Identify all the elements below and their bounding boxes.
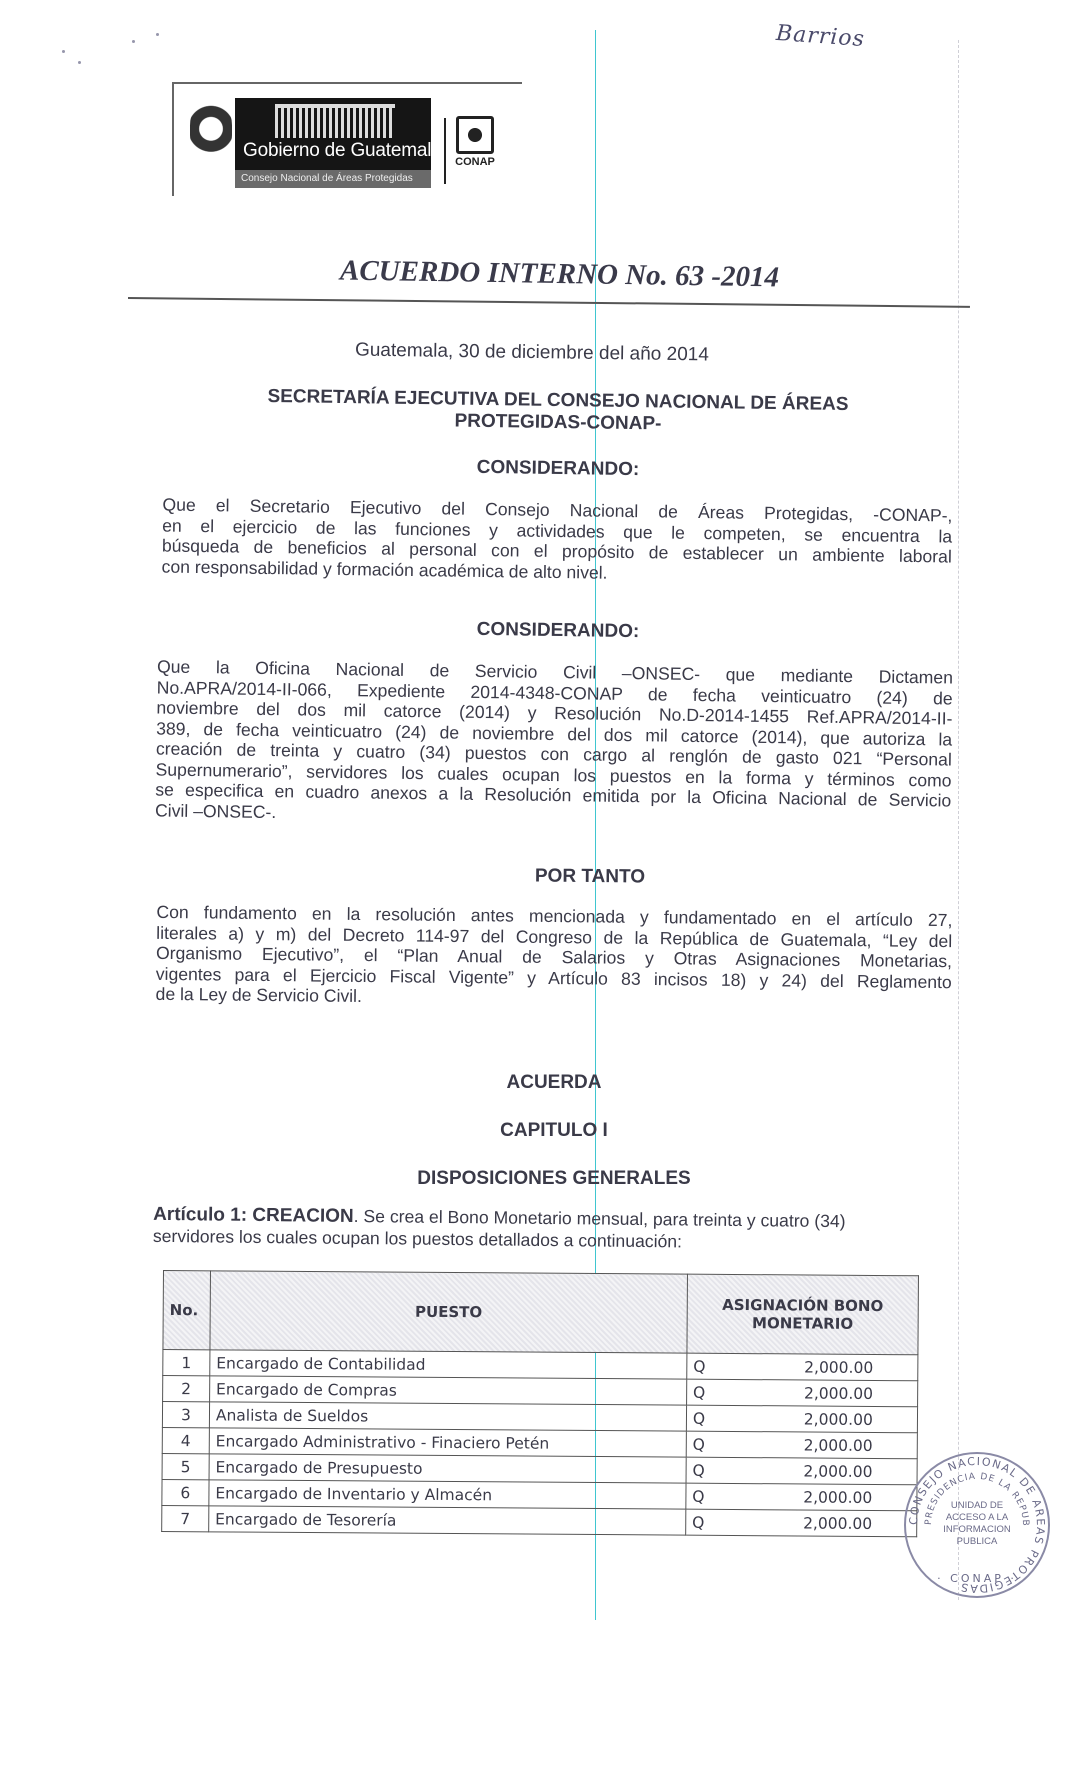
logo-divider [444,118,446,184]
cell-puesto: Encargado de Inventario y Almacén [209,1480,686,1509]
stamp-line: ACCESO A LA [906,1512,1048,1524]
header-asignacion: ASIGNACIÓN BONO MONETARIO [687,1274,919,1355]
cell-puesto: Analista de Sueldos [209,1402,686,1431]
articulo-1: Artículo 1: CREACION. Se crea el Bono Mo… [153,1204,943,1254]
official-stamp: CONSEJO NACIONAL DE AREAS PROTEGIDAS PRE… [904,1452,1050,1598]
scan-margin-line [958,40,959,1600]
header-puesto: PUESTO [210,1271,688,1353]
stamp-line: PUBLICA [906,1536,1048,1548]
cell-asignacion: Q2,000.00 [686,1431,917,1459]
cell-puesto: Encargado Administrativo - Finaciero Pet… [209,1428,686,1457]
considerando-heading-2: CONSIDERANDO: [228,615,888,646]
articulo-1-text: . Se crea el Bono Monetario mensual, par… [354,1206,846,1231]
cell-asignacion: Q2,000.00 [686,1509,917,1537]
articulo-1-label: Artículo 1: CREACION [153,1204,354,1227]
handwritten-note: Barrios [775,21,865,52]
amount: 2,000.00 [783,1384,873,1403]
amount: 2,000.00 [783,1410,873,1429]
cell-asignacion: Q2,000.00 [686,1379,917,1407]
cell-asignacion: Q2,000.00 [686,1457,917,1485]
cell-puesto: Encargado de Tesorería [209,1506,686,1535]
stamp-line: UNIDAD DE [906,1500,1048,1512]
table-header-row: No. PUESTO ASIGNACIÓN BONO MONETARIO [163,1271,919,1355]
cell-no: 7 [162,1505,209,1531]
conap-logo: CONAP [452,116,498,176]
scan-speck [62,50,65,53]
currency-symbol: Q [693,1435,783,1454]
currency-symbol: Q [693,1409,783,1428]
cell-no: 3 [162,1402,209,1428]
government-logo: Gobierno de Guatemala [235,98,431,170]
currency-symbol: Q [692,1461,782,1480]
header-no: No. [163,1271,210,1350]
scan-speck [132,40,135,43]
currency-symbol: Q [692,1513,782,1532]
table-body: 1Encargado de ContabilidadQ2,000.002Enca… [162,1350,918,1537]
title-rule [128,297,970,308]
cell-asignacion: Q2,000.00 [686,1405,917,1433]
currency-symbol: Q [693,1383,783,1402]
palace-icon [275,104,395,138]
amount: 2,000.00 [783,1358,873,1377]
amount: 2,000.00 [782,1462,872,1481]
cell-no: 4 [162,1427,209,1453]
coat-of-arms-icon [190,100,232,164]
considerando-heading-1: CONSIDERANDO: [228,453,888,484]
svg-text:· CONAP ·: · CONAP · [937,1572,1017,1585]
acuerda-heading: ACUERDA [224,1072,884,1094]
document-title: ACUERDO INTERNO No. 63 -2014 [340,255,780,295]
considerando-paragraph-1: Que el Secretario Ejecutivo del Consejo … [161,494,952,587]
date-line: Guatemala, 30 de diciembre del año 2014 [355,340,709,367]
por-tanto-heading: POR TANTO [260,863,920,891]
amount: 2,000.00 [782,1514,872,1533]
considerando-paragraph-2: Que la Oficina Nacional de Servicio Civi… [155,656,953,831]
conap-logo-label: CONAP [452,156,498,168]
cell-no: 5 [162,1453,209,1479]
scan-speck [156,33,159,36]
cell-asignacion: Q2,000.00 [686,1483,917,1511]
cell-no: 1 [163,1350,210,1376]
cell-puesto: Encargado de Compras [209,1376,686,1405]
cell-asignacion: Q2,000.00 [687,1353,918,1381]
logo-subtitle: Consejo Nacional de Áreas Protegidas [235,170,431,188]
jaguar-icon [456,116,494,154]
cell-no: 6 [162,1479,209,1505]
amount: 2,000.00 [782,1488,872,1507]
capitulo-heading: CAPITULO I [224,1120,884,1142]
cell-puesto: Encargado de Presupuesto [209,1454,686,1483]
table-row: 7Encargado de TesoreríaQ2,000.00 [162,1505,917,1536]
currency-symbol: Q [693,1357,783,1376]
currency-symbol: Q [692,1487,782,1506]
stamp-center-text: UNIDAD DE ACCESO A LA INFORMACION PUBLIC… [906,1500,1048,1548]
cell-no: 2 [163,1376,210,1402]
bono-table: No. PUESTO ASIGNACIÓN BONO MONETARIO 1En… [161,1270,919,1537]
por-tanto-paragraph: Con fundamento en la resolución antes me… [155,902,952,1013]
government-logo-text: Gobierno de Guatemala [243,140,442,162]
scan-speck [78,61,81,64]
amount: 2,000.00 [783,1436,873,1455]
cell-puesto: Encargado de Contabilidad [210,1350,687,1379]
stamp-line: INFORMACION [906,1524,1048,1536]
disposiciones-heading: DISPOSICIONES GENERALES [224,1168,884,1190]
